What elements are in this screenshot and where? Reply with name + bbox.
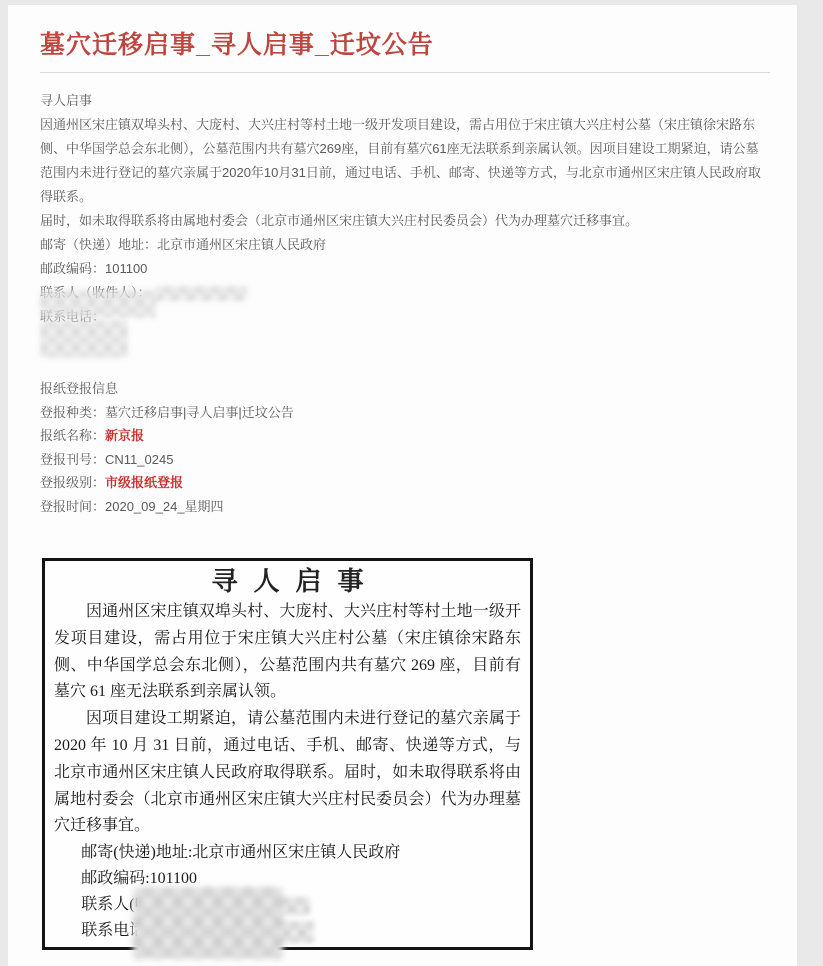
notice-mail-address: 邮寄（快递）地址：北京市通州区宋庄镇人民政府 bbox=[40, 233, 764, 257]
clipping-contact-phone: 联系电话: bbox=[54, 918, 521, 944]
publication-section-title: 报纸登报信息 bbox=[40, 377, 294, 401]
row-value-level: 市级报纸登报 bbox=[105, 475, 183, 490]
notice-heading: 寻人启事 bbox=[40, 89, 764, 113]
publication-row-type: 登报种类：墓穴迁移启事|寻人启事|迁坟公告 bbox=[40, 401, 294, 425]
row-label: 登报刊号： bbox=[40, 452, 105, 467]
title-divider bbox=[40, 72, 770, 73]
clipping-postcode: 邮政编码:101100 bbox=[54, 866, 521, 892]
clipping-mail-address: 邮寄(快递)地址:北京市通州区宋庄镇人民政府 bbox=[54, 840, 521, 866]
notice-postcode: 邮政编码：101100 bbox=[40, 257, 764, 281]
publication-row-level: 登报级别：市级报纸登报 bbox=[40, 471, 294, 495]
publication-info: 报纸登报信息 登报种类：墓穴迁移启事|寻人启事|迁坟公告 报纸名称：新京报 登报… bbox=[40, 377, 294, 518]
redacted-phone-block bbox=[40, 290, 156, 358]
row-label: 登报级别： bbox=[40, 475, 105, 490]
publication-row-date: 登报时间：2020_09_24_星期四 bbox=[40, 495, 294, 519]
row-value: 墓穴迁移启事|寻人启事|迁坟公告 bbox=[105, 405, 294, 420]
redacted-contact-name bbox=[155, 286, 247, 301]
publication-row-issue: 登报刊号：CN11_0245 bbox=[40, 448, 294, 472]
page-title: 墓穴迁移启事_寻人启事_迁坟公告 bbox=[40, 25, 434, 61]
newspaper-clipping: 寻人启事 因通州区宋庄镇双埠头村、大庞村、大兴庄村等村土地一级开发项目建设，需占… bbox=[42, 558, 533, 950]
row-value-paper-name: 新京报 bbox=[105, 428, 144, 443]
clipping-paragraph-1: 因通州区宋庄镇双埠头村、大庞村、大兴庄村等村土地一级开发项目建设，需占用位于宋庄… bbox=[54, 599, 521, 706]
row-value: 2020_09_24_星期四 bbox=[105, 499, 224, 514]
row-label: 登报时间： bbox=[40, 499, 105, 514]
row-label: 登报种类： bbox=[40, 405, 105, 420]
publication-row-paper: 报纸名称：新京报 bbox=[40, 424, 294, 448]
redacted-clipping-block bbox=[133, 887, 283, 959]
clipping-contact-person: 联系人(收件人) bbox=[54, 892, 521, 918]
redacted-phone-line-1 bbox=[40, 290, 156, 318]
clipping-paragraph-2: 因项目建设工期紧迫，请公墓范围内未进行登记的墓穴亲属于 2020 年 10 月 … bbox=[54, 706, 521, 840]
redacted-phone-line-2 bbox=[40, 320, 128, 358]
notice-paragraph-2: 届时，如未取得联系将由属地村委会（北京市通州区宋庄镇大兴庄村民委员会）代为办理墓… bbox=[40, 209, 764, 233]
row-value: CN11_0245 bbox=[105, 452, 173, 467]
content-card: 墓穴迁移启事_寻人启事_迁坟公告 寻人启事 因通州区宋庄镇双埠头村、大庞村、大兴… bbox=[8, 5, 797, 966]
row-label: 报纸名称： bbox=[40, 428, 105, 443]
clipping-title: 寻人启事 bbox=[54, 567, 521, 596]
notice-paragraph-1: 因通州区宋庄镇双埠头村、大庞村、大兴庄村等村土地一级开发项目建设，需占用位于宋庄… bbox=[40, 113, 764, 209]
